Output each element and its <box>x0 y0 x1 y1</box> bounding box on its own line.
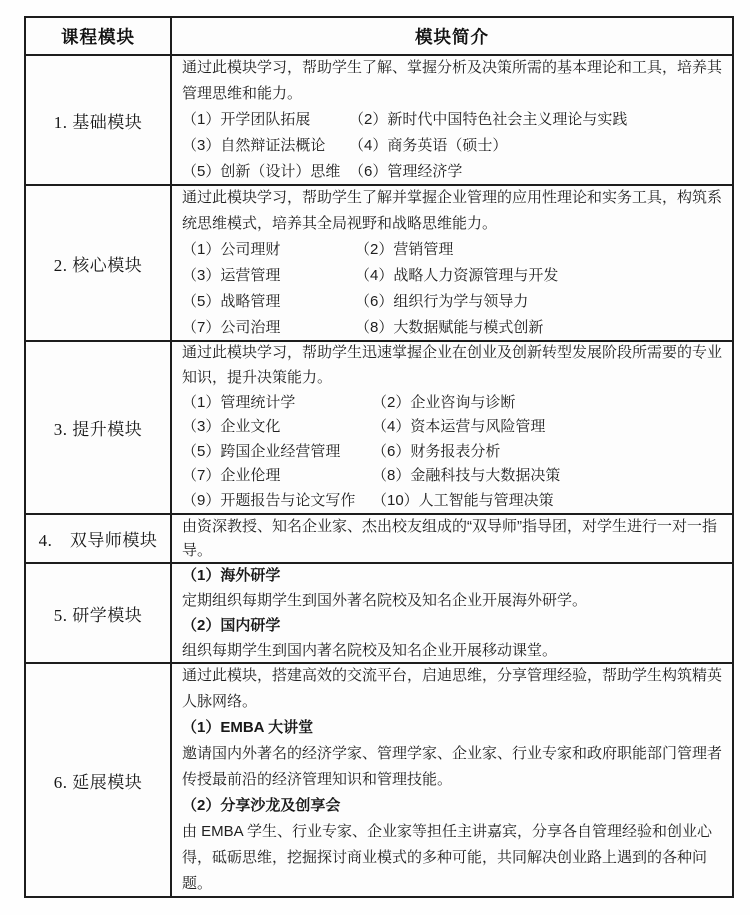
course-item: （1）管理统计学 <box>182 391 372 416</box>
section-description: 组织每期学生到国内著名院校及知名企业开展移动课堂。 <box>182 638 725 663</box>
module-intro-text: 通过此模块，搭建高效的交流平台，启迪思维，分享管理经验，帮助学生构筑精英人脉网络… <box>182 664 725 715</box>
course-list-row: （1）管理统计学 （2）企业咨询与诊断 <box>182 391 725 416</box>
module-name-dual-mentor: 4. 双导师模块 <box>26 515 172 564</box>
course-list-row: （3）自然辩证法概论 （4）商务英语（硕士） <box>182 133 725 159</box>
course-item: （3）运营管理 <box>182 263 355 289</box>
course-item: （3）自然辩证法概论 <box>182 133 349 159</box>
section-heading: （1）海外研学 <box>182 564 725 588</box>
module-detail-basic: 通过此模块学习，帮助学生了解、掌握分析及决策所需的基本理论和工具，培养其管理思维… <box>172 56 732 186</box>
course-list-row: （7）企业伦理 （8）金融科技与大数据决策 <box>182 464 725 489</box>
section-description: 由 EMBA 学生、行业专家、企业家等担任主讲嘉宾，分享各自管理经验和创业心得，… <box>182 819 725 896</box>
course-item: （6）组织行为学与领导力 <box>355 289 528 315</box>
course-item: （4）商务英语（硕士） <box>349 133 507 159</box>
course-item: （8）大数据赋能与模式创新 <box>355 315 543 341</box>
module-name-advance: 3. 提升模块 <box>26 342 172 515</box>
module-name-basic: 1. 基础模块 <box>26 56 172 186</box>
course-list-row: （3）企业文化 （4）资本运营与风险管理 <box>182 415 725 440</box>
section-heading: （1）EMBA 大讲堂 <box>182 715 725 741</box>
module-detail-extension: 通过此模块，搭建高效的交流平台，启迪思维，分享管理经验，帮助学生构筑精英人脉网络… <box>172 664 732 896</box>
course-list-row: （3）运营管理 （4）战略人力资源管理与开发 <box>182 263 725 289</box>
module-intro-text: 通过此模块学习，帮助学生了解并掌握企业管理的应用性理论和实务工具，构筑系统思维模… <box>182 186 725 237</box>
course-module-table: 课程模块 模块简介 1. 基础模块 通过此模块学习，帮助学生了解、掌握分析及决策… <box>24 16 734 898</box>
course-item: （4）战略人力资源管理与开发 <box>355 263 558 289</box>
course-item: （7）企业伦理 <box>182 464 372 489</box>
course-item: （5）创新（设计）思维 <box>182 159 349 185</box>
course-item: （7）公司治理 <box>182 315 355 341</box>
course-item: （2）新时代中国特色社会主义理论与实践 <box>349 107 627 133</box>
course-item: （6）财务报表分析 <box>372 440 500 465</box>
column-header-module-intro: 模块简介 <box>172 18 732 56</box>
module-detail-advance: 通过此模块学习，帮助学生迅速掌握企业在创业及创新转型发展阶段所需要的专业知识，提… <box>172 342 732 515</box>
course-item: （5）跨国企业经营管理 <box>182 440 372 465</box>
module-detail-dual-mentor: 由资深教授、知名企业家、杰出校友组成的“双导师”指导团，对学生进行一对一指导。 <box>172 515 732 564</box>
course-list-row: （5）创新（设计）思维 （6）管理经济学 <box>182 159 725 185</box>
course-item: （9）开题报告与论文写作 <box>182 489 372 514</box>
module-detail-core: 通过此模块学习，帮助学生了解并掌握企业管理的应用性理论和实务工具，构筑系统思维模… <box>172 186 732 342</box>
course-list-row: （1）开学团队拓展 （2）新时代中国特色社会主义理论与实践 <box>182 107 725 133</box>
module-name-extension: 6. 延展模块 <box>26 664 172 896</box>
course-item: （2）营销管理 <box>355 237 453 263</box>
course-list-row: （9）开题报告与论文写作 （10）人工智能与管理决策 <box>182 489 725 514</box>
course-item: （10）人工智能与管理决策 <box>372 489 554 514</box>
module-name-core: 2. 核心模块 <box>26 186 172 342</box>
course-item: （8）金融科技与大数据决策 <box>372 464 560 489</box>
course-item: （3）企业文化 <box>182 415 372 440</box>
course-list-row: （1）公司理财 （2）营销管理 <box>182 237 725 263</box>
course-item: （1）开学团队拓展 <box>182 107 349 133</box>
section-description: 定期组织每期学生到国外著名院校及知名企业开展海外研学。 <box>182 588 725 613</box>
column-header-course-module: 课程模块 <box>26 18 172 56</box>
course-item: （4）资本运营与风险管理 <box>372 415 545 440</box>
course-item: （5）战略管理 <box>182 289 355 315</box>
course-item: （2）企业咨询与诊断 <box>372 391 515 416</box>
course-module-page: 课程模块 模块简介 1. 基础模块 通过此模块学习，帮助学生了解、掌握分析及决策… <box>0 0 750 915</box>
module-name-study-tour: 5. 研学模块 <box>26 564 172 664</box>
course-list-row: （5）跨国企业经营管理 （6）财务报表分析 <box>182 440 725 465</box>
course-list-row: （5）战略管理 （6）组织行为学与领导力 <box>182 289 725 315</box>
section-description: 邀请国内外著名的经济学家、管理学家、企业家、行业专家和政府职能部门管理者传授最前… <box>182 741 725 793</box>
module-intro-text: 通过此模块学习，帮助学生了解、掌握分析及决策所需的基本理论和工具，培养其管理思维… <box>182 56 725 107</box>
course-item: （1）公司理财 <box>182 237 355 263</box>
module-intro-text: 通过此模块学习，帮助学生迅速掌握企业在创业及创新转型发展阶段所需要的专业知识，提… <box>182 342 725 391</box>
course-item: （6）管理经济学 <box>349 159 462 185</box>
course-list-row: （7）公司治理 （8）大数据赋能与模式创新 <box>182 315 725 341</box>
section-heading: （2）国内研学 <box>182 613 725 638</box>
module-detail-study-tour: （1）海外研学 定期组织每期学生到国外著名院校及知名企业开展海外研学。 （2）国… <box>172 564 732 664</box>
module-intro-text: 由资深教授、知名企业家、杰出校友组成的“双导师”指导团，对学生进行一对一指导。 <box>182 515 725 563</box>
section-heading: （2）分享沙龙及创享会 <box>182 793 725 819</box>
